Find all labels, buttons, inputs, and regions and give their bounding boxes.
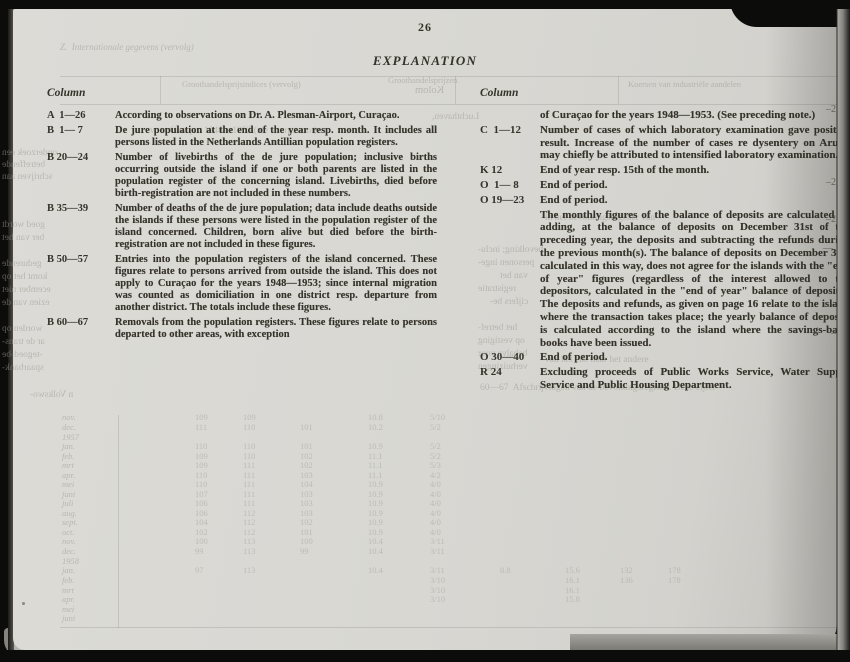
page-content: 26 EXPLANATION Column Column A 1—26 Acco… xyxy=(0,0,850,662)
entry-code: K 12 xyxy=(480,164,532,177)
entry-code: B 1— 7 xyxy=(47,125,107,137)
entry-text: Number of livebirths of the de jure popu… xyxy=(115,152,437,200)
page-title: EXPLANATION xyxy=(13,53,837,69)
explanation-entry: B 1— 7 De jure population at the end of … xyxy=(47,125,437,149)
scan-edge-bottom xyxy=(0,650,850,662)
explanation-entry: B 35—39 Number of deaths of the de jure … xyxy=(47,203,437,251)
entry-text: Number of deaths of the de jure populati… xyxy=(115,203,437,251)
entry-code: R 24 xyxy=(480,366,532,379)
explanation-entry: B 50—57 Entries into the population regi… xyxy=(47,254,437,314)
entry-code: O 19—23 xyxy=(480,194,532,207)
entry-code: B 50—57 xyxy=(47,254,107,266)
explanation-entry: B 60—67 Removals from the population reg… xyxy=(47,317,437,341)
explanation-entry: B 20—24 Number of livebirths of the de j… xyxy=(47,152,437,200)
scan-edge-right xyxy=(837,0,850,662)
entry-text: De jure population at the end of the yea… xyxy=(115,125,437,149)
left-column: A 1—26 According to observations on Dr. … xyxy=(47,110,437,344)
dust-speck xyxy=(22,602,25,605)
entry-code: B 60—67 xyxy=(47,317,107,329)
entry-code: O 1— 8 xyxy=(480,179,532,192)
entry-text: Removals from the population registers. … xyxy=(115,317,437,341)
entry-text: Entries into the population registers of… xyxy=(115,254,437,314)
entry-code: B 20—24 xyxy=(47,152,107,164)
entry-text: According to observations on Dr. A. Ples… xyxy=(115,110,437,122)
entry-code: O 30—40 xyxy=(480,351,532,364)
page-curvature-shadow xyxy=(765,9,837,650)
entry-code: C 1—12 xyxy=(480,124,532,137)
column-header-left: Column xyxy=(47,87,85,99)
entry-code: A 1—26 xyxy=(47,110,107,122)
scan-edge-top xyxy=(0,0,850,9)
column-header-right: Column xyxy=(480,87,518,99)
entry-code: B 35—39 xyxy=(47,203,107,215)
gutter-crease xyxy=(836,4,838,662)
explanation-entry: A 1—26 According to observations on Dr. … xyxy=(47,110,437,122)
page-number: 26 xyxy=(13,20,837,35)
scanned-book-page: Z. Internationale gegevens (vervolg)Groo… xyxy=(0,0,850,662)
